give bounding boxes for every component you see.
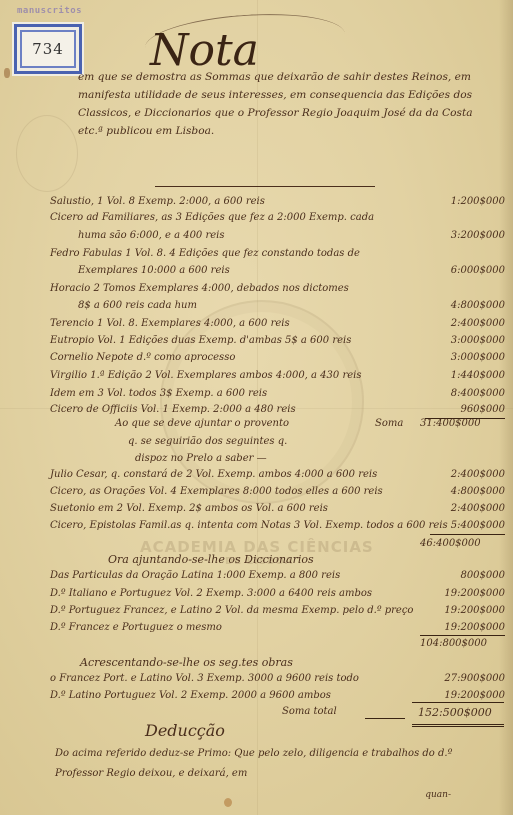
entry-description: o Francez Port. e Latino Vol. 3 Exemp. 3… [50,673,359,684]
entry-description: Julio Cesar, q. constará de 2 Vol. Exemp… [50,469,377,480]
ledger-row: D.º Latino Portuguez Vol. 2 Exemp. 2000 … [50,690,505,706]
section2-sum: 46:400$000 [420,538,481,549]
entry-description: Salustio, 1 Vol. 8 Exemp. 2:000, a 600 r… [50,196,265,207]
ledger-row: Das Particulas da Oração Latina 1:000 Ex… [50,570,505,586]
section2-intro-line: q. se seguirião dos seguintes q. [128,436,287,447]
entry-description: Fedro Fabulas 1 Vol. 8. 4 Edições que fe… [50,248,360,259]
ledger-row: Cicero, as Orações Vol. 4 Exemplares 8:0… [50,486,505,502]
entry-amount: 6:000$000 [451,265,505,276]
entry-description: Terencio 1 Vol. 8. Exemplares 4:000, a 6… [50,318,290,329]
entry-description: Virgilio 1.ª Edição 2 Vol. Exemplares am… [50,370,361,381]
section-divider [155,186,375,187]
total-label: Soma total [282,706,337,717]
sum-rule [420,635,505,636]
entry-amount: 19:200$000 [444,588,505,599]
entry-amount: 27:900$000 [444,673,505,684]
entry-description: D.º Francez e Portuguez o mesmo [50,622,222,633]
section3-intro: Ora ajuntando-se-lhe os Diccionarios [108,553,314,566]
entry-amount: 3:000$000 [451,352,505,363]
entry-description: Suetonio em 2 Vol. Exemp. 2$ ambos os Vo… [50,503,328,514]
entry-amount: 19:200$000 [444,605,505,616]
ledger-row: D.º Italiano e Portuguez Vol. 2 Exemp. 3… [50,588,505,604]
grand-total: 152:500$000 [418,706,492,719]
total-double-rule [412,724,504,725]
section3-sum: 104:800$000 [420,638,487,649]
total-double-rule [412,726,504,727]
entry-amount: 3:000$000 [451,335,505,346]
ledger-row: Exemplares 10:000 a 600 reis6:000$000 [50,265,505,281]
ledger-row: o Francez Port. e Latino Vol. 3 Exemp. 3… [50,673,505,689]
ink-stain [4,68,10,78]
entry-amount: 1:200$000 [451,196,505,207]
entry-description: Cornelio Nepote d.º como aprocesso [50,352,235,363]
entry-description: Idem em 3 Vol. todos 3$ Exemp. a 600 rei… [50,388,267,399]
entry-description: Cicero de Officiis Vol. 1 Exemp. 2:000 a… [50,404,296,415]
entry-description: Cicero, as Orações Vol. 4 Exemplares 8:0… [50,486,383,497]
intro-paragraph: em que se demostra as Sommas que deixarã… [78,68,488,140]
entry-amount: 5:400$000 [451,520,505,531]
entry-amount: 2:400$000 [451,469,505,480]
entry-description: Das Particulas da Oração Latina 1:000 Ex… [50,570,340,581]
ledger-row: Julio Cesar, q. constará de 2 Vol. Exemp… [50,469,505,485]
entry-description: D.º Latino Portuguez Vol. 2 Exemp. 2000 … [50,690,331,701]
entry-amount: 2:400$000 [451,503,505,514]
entry-amount: 4:800$000 [451,300,505,311]
entry-description: Cicero, Epistolas Famil.as q. intenta co… [50,520,448,531]
entry-amount: 960$000 [460,404,505,415]
sum-rule [430,534,505,535]
manuscript-page: ACADEMIA DAS CIÊNCIAS DE LISBOA manuscri… [0,0,513,815]
catchword: quan- [425,790,451,800]
archive-number: 734 [32,40,64,58]
entry-amount: 4:800$000 [451,486,505,497]
section2-intro-line: dispoz no Prelo a saber — [135,453,267,464]
ledger-row: huma são 6:000, e a 400 reis3:200$000 [50,230,505,246]
entry-description: Cicero ad Familiares, as 3 Edições que f… [50,212,374,223]
entry-amount: 2:400$000 [451,318,505,329]
entry-amount: 3:200$000 [451,230,505,241]
entry-description: Horacio 2 Tomos Exemplares 4:000, debado… [50,283,349,294]
entry-amount: 1:440$000 [451,370,505,381]
ledger-row: Terencio 1 Vol. 8. Exemplares 4:000, a 6… [50,318,505,334]
ledger-row: Suetonio em 2 Vol. Exemp. 2$ ambos os Vo… [50,503,505,519]
entry-description: 8$ a 600 reis cada hum [78,300,197,311]
ledger-row: Salustio, 1 Vol. 8 Exemp. 2:000, a 600 r… [50,196,505,212]
ledger-row: D.º Portuguez Francez, e Latino 2 Vol. d… [50,605,505,621]
ledger-row: Cornelio Nepote d.º como aprocesso3:000$… [50,352,505,368]
ledger-row: Horacio 2 Tomos Exemplares 4:000, debado… [50,283,505,299]
archive-number-label: 734 [14,24,82,74]
deducao-paragraph: Do acima referido deduz-se Primo: Que pe… [55,744,495,784]
entry-amount: 19:200$000 [444,622,505,633]
entry-amount: 19:200$000 [444,690,505,701]
sum-rule [412,702,504,703]
total-dash [365,718,405,719]
deducao-heading: Deducção [145,721,225,740]
ledger-row: Cicero ad Familiares, as 3 Edições que f… [50,212,505,228]
entry-description: D.º Portuguez Francez, e Latino 2 Vol. d… [50,605,413,616]
sum-label: Soma [375,418,403,429]
entry-amount: 8:400$000 [451,388,505,399]
entry-amount: 800$000 [460,570,505,581]
entry-description: huma são 6:000, e a 400 reis [78,230,225,241]
ledger-row: Fedro Fabulas 1 Vol. 8. 4 Edições que fe… [50,248,505,264]
ledger-row: Eutropio Vol. 1 Edições duas Exemp. d'am… [50,335,505,351]
entry-description: Exemplares 10:000 a 600 reis [78,265,230,276]
ledger-row: Idem em 3 Vol. todos 3$ Exemp. a 600 rei… [50,388,505,404]
faint-seal-watermark [16,115,78,192]
entry-description: D.º Italiano e Portuguez Vol. 2 Exemp. 3… [50,588,372,599]
entry-description: Eutropio Vol. 1 Edições duas Exemp. d'am… [50,335,351,346]
section1-sum: 31:400$000 [420,418,481,429]
section4-intro: Acrescentando-se-lhe os seg.tes obras [80,656,293,669]
section2-intro-line: Ao que se deve ajuntar o provento [115,418,289,429]
archive-stamp: manuscritos [17,6,82,16]
ledger-row: Virgilio 1.ª Edição 2 Vol. Exemplares am… [50,370,505,386]
ledger-row: 8$ a 600 reis cada hum4:800$000 [50,300,505,316]
wax-blot [224,798,232,807]
